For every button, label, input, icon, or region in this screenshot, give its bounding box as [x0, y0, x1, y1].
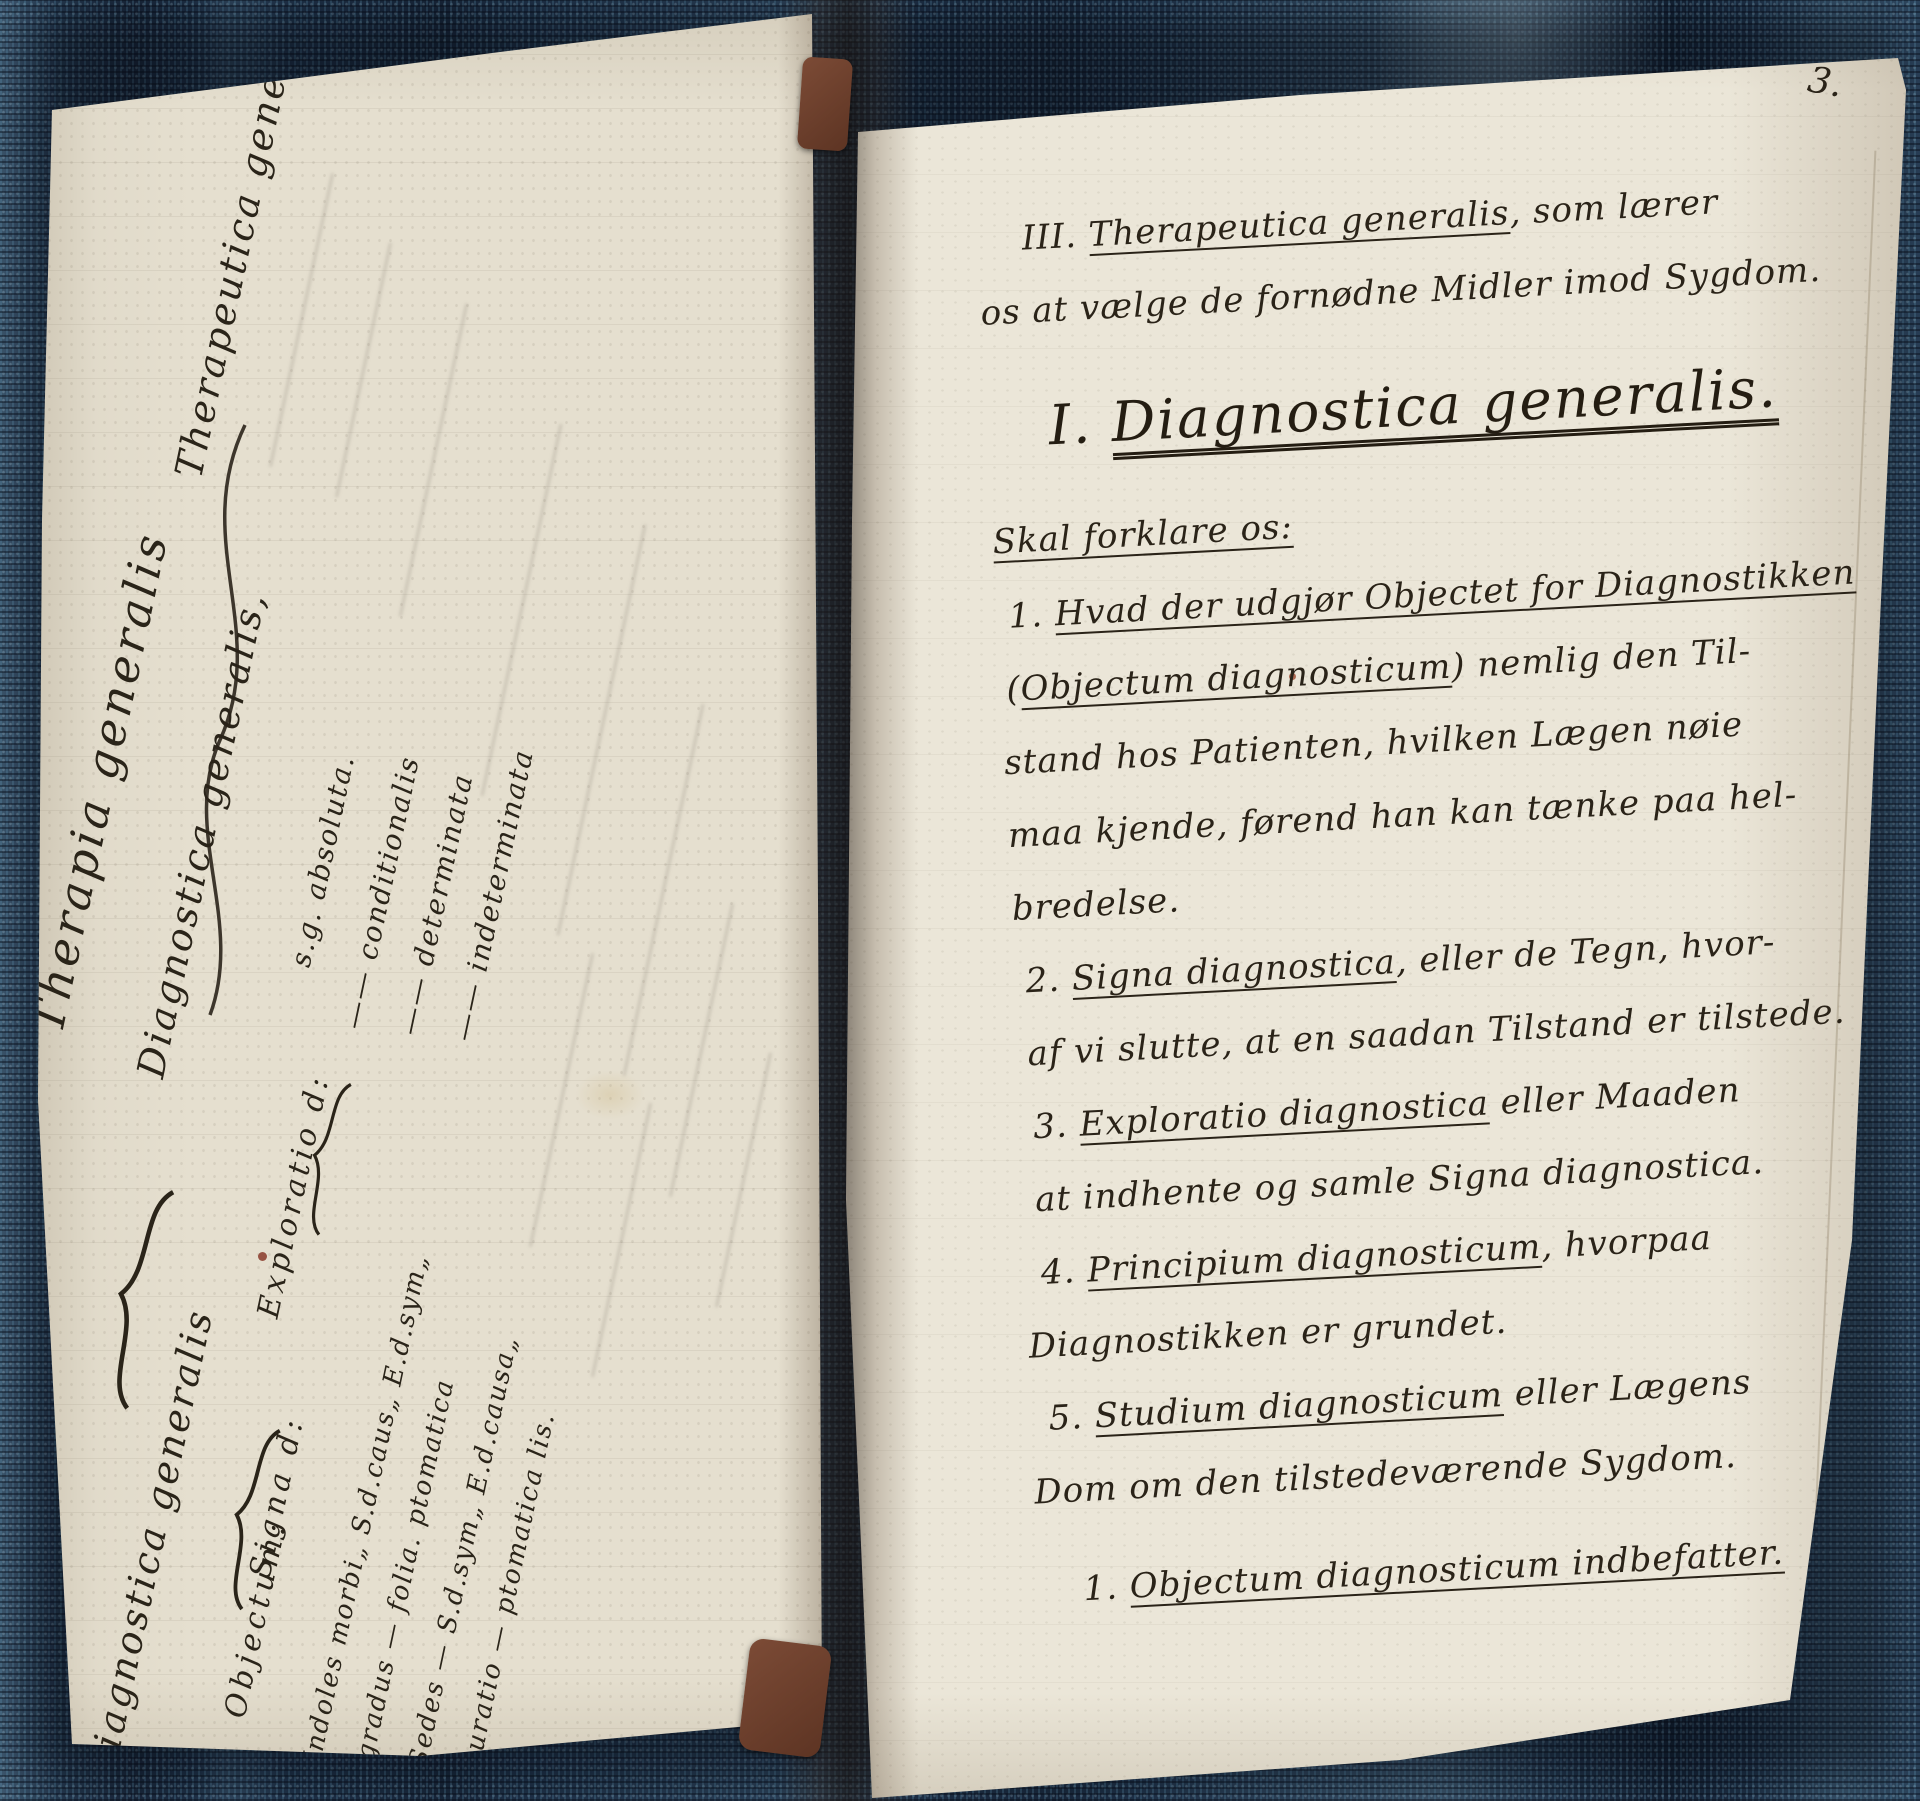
left-item-absoluta: s.g. absoluta. — [284, 751, 361, 970]
photo-of-open-manuscript: { "scene": { "page_number": "3.", "color… — [0, 0, 1920, 1801]
ink-bleed-stroke — [715, 1053, 772, 1308]
ink-bleed-stroke — [481, 424, 563, 796]
flourish-swash — [150, 420, 270, 1020]
section-heading: I. Diagnostica generalis. — [1046, 332, 1848, 478]
ink-bleed-stroke — [556, 524, 646, 935]
ink-bleed-stroke — [669, 903, 734, 1197]
ink-bleed-stroke — [335, 243, 392, 498]
spine-leather-bottom — [737, 1637, 832, 1758]
ink-bleed-stroke — [399, 303, 468, 617]
ink-bleed-stroke — [623, 704, 705, 1076]
book-gutter-shadow — [778, 0, 918, 1801]
page-number: 3. — [1805, 59, 1846, 105]
ink-bleed-stroke — [591, 1103, 652, 1378]
paper-stain — [575, 1070, 645, 1120]
right-page-text: III. Therapeutica generalis, som lærer o… — [975, 160, 1908, 1628]
body-line: 1. Objectum diagnosticum indbefatter. — [1082, 1510, 1909, 1626]
ink-bleed-stroke — [269, 173, 334, 467]
spine-leather-top — [797, 56, 853, 151]
ink-spot — [258, 1252, 267, 1261]
